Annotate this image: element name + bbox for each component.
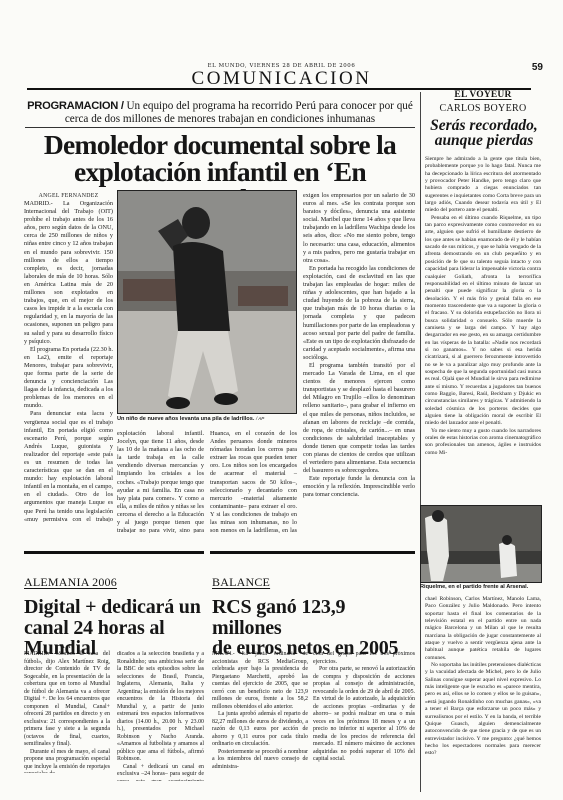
paragraph: Para denunciar esta lacra y vergüenza so… xyxy=(24,410,113,522)
paragraph: Yo me siento muy a gusto cuando los narr… xyxy=(425,428,541,457)
kicker-divider xyxy=(25,127,415,128)
paragraph: La junta aprobó además el reparto de 82,… xyxy=(212,711,308,749)
paragraph: exigen los empresarios por un salario de… xyxy=(303,192,415,265)
paragraph: ción del grupo para los tres próximos ej… xyxy=(313,651,415,666)
paragraph: Durante el mes de mayo, el canal propone… xyxy=(24,749,110,774)
football-match-image xyxy=(421,506,542,583)
paragraph: El programa también transitó por el merc… xyxy=(303,362,415,475)
paragraph: Por otra parte, se renovó la autorizació… xyxy=(313,666,415,764)
main-article-col4: exigen los empresarios por un salario de… xyxy=(303,192,415,514)
paragraph: explotación laboral infantil. Jocelyn, q… xyxy=(117,430,204,533)
voyeur-author: CARLOS BOYERO xyxy=(428,103,538,114)
voyeur-headline: Serás recordado, aunque pierdas xyxy=(425,118,543,148)
main-article-col1: ANGEL FERNANDEZ MADRID.- La Organización… xyxy=(24,192,113,522)
voyeur-col-top: Siempre he admirado a la gente que titul… xyxy=(425,156,541,503)
section-divider-right xyxy=(210,551,415,554)
riquelme-photo xyxy=(420,505,542,583)
paragraph: Huanca, en el corazón de los Andes perua… xyxy=(210,430,297,533)
alemania-section-label: ALEMANIA 2006 xyxy=(24,575,117,590)
section-divider-left xyxy=(24,551,204,554)
photo-credit: / AP xyxy=(256,416,264,421)
digital-col1: A. F. MADRID.- «Somos la casa del fútbol… xyxy=(24,643,110,773)
paragraph: Pensaba en el último cuando Riquelme, un… xyxy=(425,215,541,428)
page-number: 59 xyxy=(532,62,543,73)
rcs-col2: ción del grupo para los tres próximos ej… xyxy=(313,651,415,781)
paragraph: dicados a la selección brasileña y a Ron… xyxy=(117,651,204,764)
rcs-headline-line1: RCS ganó 123,9 millones xyxy=(212,597,417,638)
paragraph: Posteriormente se procedió a nombrar a l… xyxy=(212,749,308,772)
main-article-col2: explotación laboral infantil. Jocelyn, q… xyxy=(117,430,204,533)
paragraph: Este reportaje funde la denuncia con la … xyxy=(303,475,415,499)
main-headline-line1: Demoledor documental sobre la xyxy=(25,131,415,158)
paragraph: El programa En portada (22.30 h. en La2)… xyxy=(24,346,113,411)
voyeur-label: EL VOYEUR xyxy=(428,90,538,100)
photo-caption: Un niño de nueve años levanta una pila d… xyxy=(117,415,264,423)
column-divider xyxy=(420,92,421,792)
paragraph: chael Robinson, Carlos Martínez, Manolo … xyxy=(425,596,541,662)
digital-byline: A. F. xyxy=(24,643,110,651)
child-labor-photo xyxy=(117,190,297,414)
section-title: COMUNICACION xyxy=(0,68,563,90)
paragraph: Canal + dedicará un canal en exclusiva –… xyxy=(117,764,204,782)
digital-col2: dicados a la selección brasileña y a Ron… xyxy=(117,651,204,781)
byline: ANGEL FERNANDEZ xyxy=(24,192,113,200)
riquelme-caption: Riquelme, en el partido frente al Arsena… xyxy=(420,583,528,591)
kicker: PROGRAMACION / Un equipo del programa ha… xyxy=(25,100,415,125)
paragraph: MADRID.- «Somos la casa del fútbol», dij… xyxy=(24,651,110,749)
paragraph: MADRID.- La Organización Internacional d… xyxy=(24,200,113,346)
paragraph: En portada ha recogido las condiciones d… xyxy=(303,265,415,362)
paragraph: Siempre he admirado a la gente que titul… xyxy=(425,156,541,215)
digital-headline-line1: Digital + dedicará un xyxy=(24,597,209,618)
paragraph: No soportaba las inútiles pretensiones d… xyxy=(425,662,541,757)
boy-lifting-bricks-image xyxy=(118,191,297,414)
voyeur-headline-line1: Serás recordado, xyxy=(425,118,543,133)
main-article-col3: Huanca, en el corazón de los Andes perua… xyxy=(210,430,297,533)
voyeur-headline-line2: aunque pierdas xyxy=(425,133,543,148)
paragraph: MILAN.- La junta ordinaria de accionista… xyxy=(212,651,308,711)
balance-section-label: BALANCE xyxy=(212,575,270,590)
voyeur-col-bottom: chael Robinson, Carlos Martínez, Manolo … xyxy=(425,596,541,786)
rcs-headline: RCS ganó 123,9 millones de euros netos e… xyxy=(212,597,417,659)
caption-text: Un niño de nueve años levanta una pila d… xyxy=(117,416,254,422)
kicker-label: PROGRAMACION / xyxy=(27,100,124,112)
rcs-col1: MILAN.- La junta ordinaria de accionista… xyxy=(212,651,308,781)
